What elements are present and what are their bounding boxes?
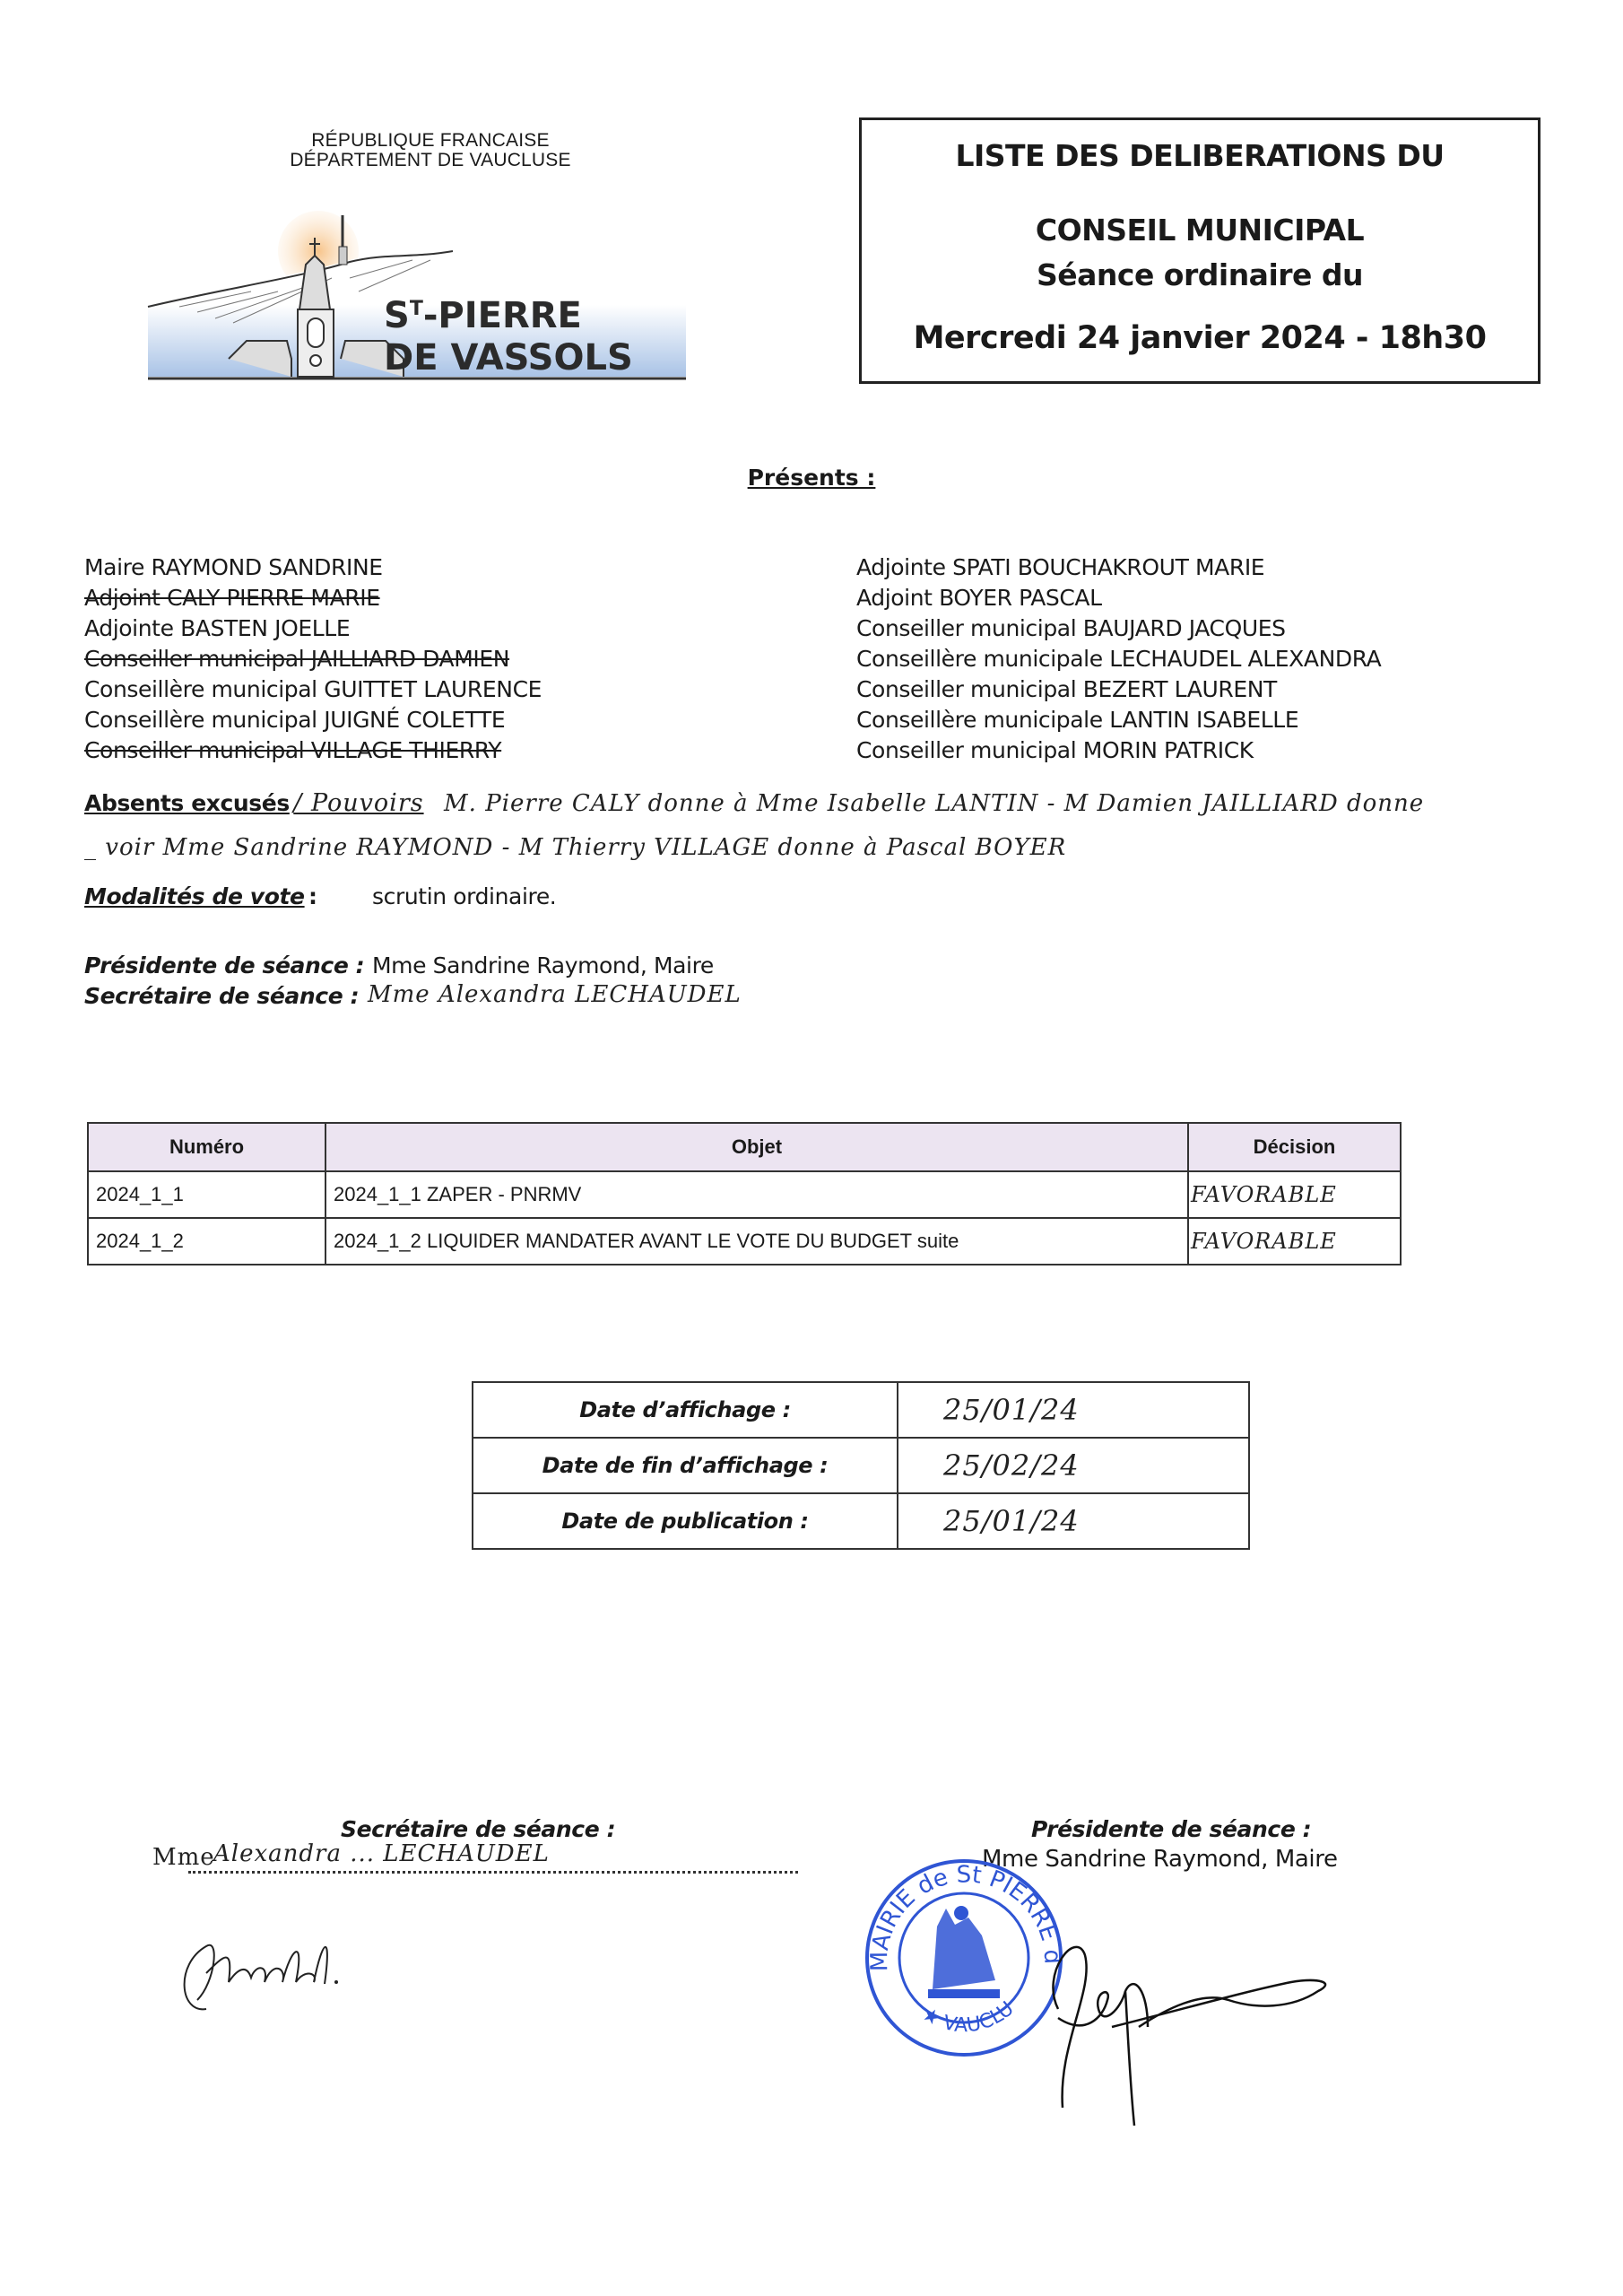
- member: Conseillère municipal GUITTET LAURENCE: [84, 674, 542, 705]
- date-publication-label: Date de publication :: [473, 1493, 898, 1549]
- member: Adjoint BOYER PASCAL: [856, 583, 1381, 613]
- member: Adjointe BASTEN JOELLE: [84, 613, 542, 644]
- member-struck: Conseiller municipal JAILLIARD DAMIEN: [84, 644, 542, 674]
- absents-handwritten-prefix: / Pouvoirs: [293, 789, 423, 817]
- date-row: Date d’affichage : 25/01/24: [473, 1382, 1249, 1438]
- members-left-column: Maire RAYMOND SANDRINE Adjoint CALY PIER…: [84, 552, 542, 766]
- column-header-objet: Objet: [325, 1123, 1188, 1171]
- date-publication-value: 25/01/24: [898, 1493, 1249, 1549]
- absents-handwritten-line2: _ voir Mme Sandrine RAYMOND - M Thierry …: [84, 834, 1066, 861]
- presents-heading: Présents :: [0, 465, 1623, 491]
- member: Conseillère municipale LECHAUDEL ALEXAND…: [856, 644, 1381, 674]
- table-row: 2024_1_1 2024_1_1 ZAPER - PNRMV FAVORABL…: [88, 1171, 1401, 1218]
- cell-numero: 2024_1_1: [88, 1171, 325, 1218]
- absents-handwritten-line1: M. Pierre CALY donne à Mme Isabelle LANT…: [444, 790, 1424, 817]
- member: Conseiller municipal BAUJARD JACQUES: [856, 613, 1381, 644]
- cell-decision: FAVORABLE: [1188, 1218, 1401, 1265]
- church-hill-logo-icon: ST-PIERRE DE VASSOLS: [143, 206, 690, 381]
- column-header-decision: Décision: [1188, 1123, 1401, 1171]
- member-struck: Conseiller municipal VILLAGE THIERRY: [84, 735, 542, 766]
- absents-label: Absents excusés: [84, 790, 290, 816]
- date-row: Date de fin d’affichage : 25/02/24: [473, 1438, 1249, 1493]
- member: Conseiller municipal BEZERT LAURENT: [856, 674, 1381, 705]
- date-fin-affichage-value: 25/02/24: [898, 1438, 1249, 1493]
- municipality-logo: ST-PIERRE DE VASSOLS: [143, 206, 690, 381]
- member: Conseillère municipale LANTIN ISABELLE: [856, 705, 1381, 735]
- vote-value: scrutin ordinaire.: [372, 883, 556, 909]
- dates-table: Date d’affichage : 25/01/24 Date de fin …: [472, 1381, 1250, 1550]
- deliberations-table: Numéro Objet Décision 2024_1_1 2024_1_1 …: [87, 1122, 1402, 1265]
- secretary-handwritten-name: Alexandra ... LECHAUDEL: [213, 1840, 550, 1867]
- member-struck: Adjoint CALY PIERRE MARIE: [84, 583, 542, 613]
- member: Conseillère municipal JUIGNÉ COLETTE: [84, 705, 542, 735]
- date-fin-affichage-label: Date de fin d’affichage :: [473, 1438, 898, 1493]
- president-signature-title: Présidente de séance :: [1031, 1816, 1311, 1842]
- date-affichage-value: 25/01/24: [898, 1382, 1249, 1438]
- date-affichage-label: Date d’affichage :: [473, 1382, 898, 1438]
- cell-objet: 2024_1_1 ZAPER - PNRMV: [325, 1171, 1188, 1218]
- member: Adjointe SPATI BOUCHAKROUT MARIE: [856, 552, 1381, 583]
- title-box: LISTE DES DELIBERATIONS DU CONSEIL MUNIC…: [859, 117, 1541, 384]
- president-signature-icon: [1022, 1901, 1399, 2135]
- cell-decision: FAVORABLE: [1188, 1171, 1401, 1218]
- title-line-2: CONSEIL MUNICIPAL: [862, 213, 1538, 248]
- cell-objet: 2024_1_2 LIQUIDER MANDATER AVANT LE VOTE…: [325, 1218, 1188, 1265]
- republic-label: RÉPUBLIQUE FRANCAISE: [206, 130, 655, 151]
- member: Maire RAYMOND SANDRINE: [84, 552, 542, 583]
- title-line-3: Séance ordinaire du: [862, 257, 1538, 292]
- members-right-column: Adjointe SPATI BOUCHAKROUT MARIE Adjoint…: [856, 552, 1381, 766]
- vote-label: Modalités de vote: [84, 883, 305, 909]
- vote-colon: :: [308, 883, 317, 909]
- column-header-numero: Numéro: [88, 1123, 325, 1171]
- table-row: 2024_1_2 2024_1_2 LIQUIDER MANDATER AVAN…: [88, 1218, 1401, 1265]
- table-header-row: Numéro Objet Décision: [88, 1123, 1401, 1171]
- secretary-prefix: Mme: [152, 1844, 215, 1871]
- title-line-4: Mercredi 24 janvier 2024 - 18h30: [862, 320, 1538, 356]
- department-label: DÉPARTEMENT DE VAUCLUSE: [206, 150, 655, 170]
- title-line-1: LISTE DES DELIBERATIONS DU: [862, 138, 1538, 173]
- president-label: Présidente de séance :: [84, 952, 364, 978]
- logo-line2: DE VASSOLS: [384, 337, 633, 378]
- president-value: Mme Sandrine Raymond, Maire: [372, 952, 714, 978]
- secretary-handwritten: Mme Alexandra LECHAUDEL: [368, 981, 742, 1008]
- secretary-signature: [170, 1928, 404, 2022]
- president-signature: [1022, 1901, 1399, 2139]
- secretary-signature-title: Secrétaire de séance :: [341, 1816, 615, 1842]
- vote-row: Modalités de vote :: [84, 883, 317, 909]
- secretary-label: Secrétaire de séance :: [84, 983, 359, 1009]
- date-row: Date de publication : 25/01/24: [473, 1493, 1249, 1549]
- secretary-signature-icon: [170, 1928, 404, 2018]
- absents-row-1: Absents excusés / Pouvoirs M. Pierre CAL…: [84, 789, 1424, 817]
- member: Conseiller municipal MORIN PATRICK: [856, 735, 1381, 766]
- cell-numero: 2024_1_2: [88, 1218, 325, 1265]
